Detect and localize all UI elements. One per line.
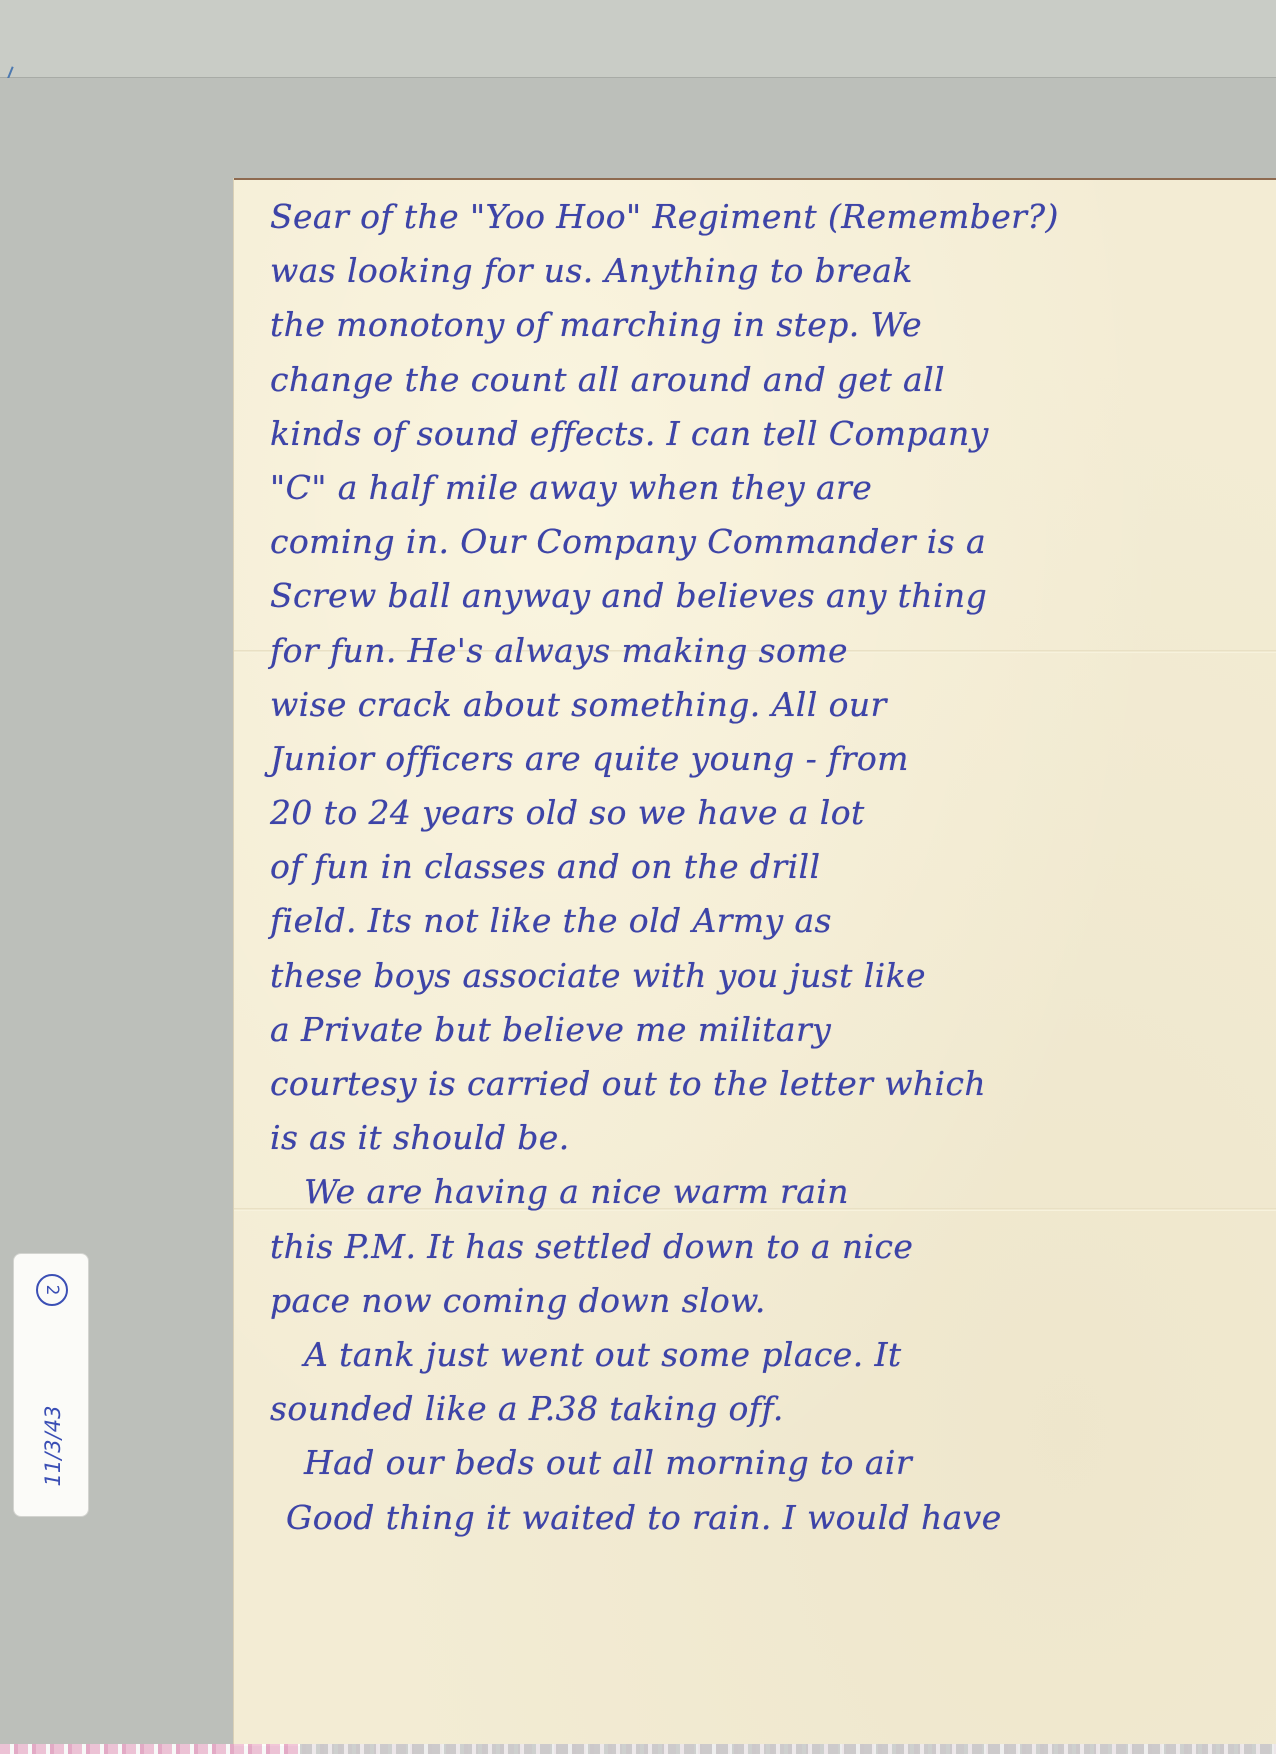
text-line: change the count all around and get all <box>270 353 1260 407</box>
archive-label: 2 11/3/43 <box>14 1254 88 1516</box>
text-line: is as it should be. <box>270 1111 1260 1165</box>
text-line: We are having a nice warm rain <box>270 1165 1260 1219</box>
text-line: Had our beds out all morning to air <box>270 1436 1260 1490</box>
text-line: field. Its not like the old Army as <box>270 894 1260 948</box>
text-line: coming in. Our Company Commander is a <box>270 515 1260 569</box>
text-line: of fun in classes and on the drill <box>270 840 1260 894</box>
text-line: 20 to 24 years old so we have a lot <box>270 786 1260 840</box>
text-line: kinds of sound effects. I can tell Compa… <box>270 407 1260 461</box>
text-line: Sear of the "Yoo Hoo" Regiment (Remember… <box>270 190 1260 244</box>
text-line: Junior officers are quite young - from <box>270 732 1260 786</box>
text-line: the monotony of marching in step. We <box>270 298 1260 352</box>
text-line: Good thing it waited to rain. I would ha… <box>270 1491 1260 1545</box>
text-line: for fun. He's always making some <box>270 624 1260 678</box>
page-number-circle: 2 <box>36 1274 68 1306</box>
scanner-background-top <box>0 0 1276 78</box>
text-line: wise crack about something. All our <box>270 678 1260 732</box>
binder-strip <box>300 1744 1276 1754</box>
text-line: "C" a half mile away when they are <box>270 461 1260 515</box>
text-line: a Private but believe me military <box>270 1003 1260 1057</box>
handwritten-text: Sear of the "Yoo Hoo" Regiment (Remember… <box>270 190 1260 1545</box>
text-line: A tank just went out some place. It <box>270 1328 1260 1382</box>
text-line: was looking for us. Anything to break <box>270 244 1260 298</box>
text-line: this P.M. It has settled down to a nice <box>270 1220 1260 1274</box>
text-line: pace now coming down slow. <box>270 1274 1260 1328</box>
text-line: these boys associate with you just like <box>270 949 1260 1003</box>
letter-page: Sear of the "Yoo Hoo" Regiment (Remember… <box>234 178 1276 1746</box>
archive-date: 11/3/43 <box>41 1391 65 1501</box>
text-line: courtesy is carried out to the letter wh… <box>270 1057 1260 1111</box>
text-line: sounded like a P.38 taking off. <box>270 1382 1260 1436</box>
text-line: Screw ball anyway and believes any thing <box>270 569 1260 623</box>
